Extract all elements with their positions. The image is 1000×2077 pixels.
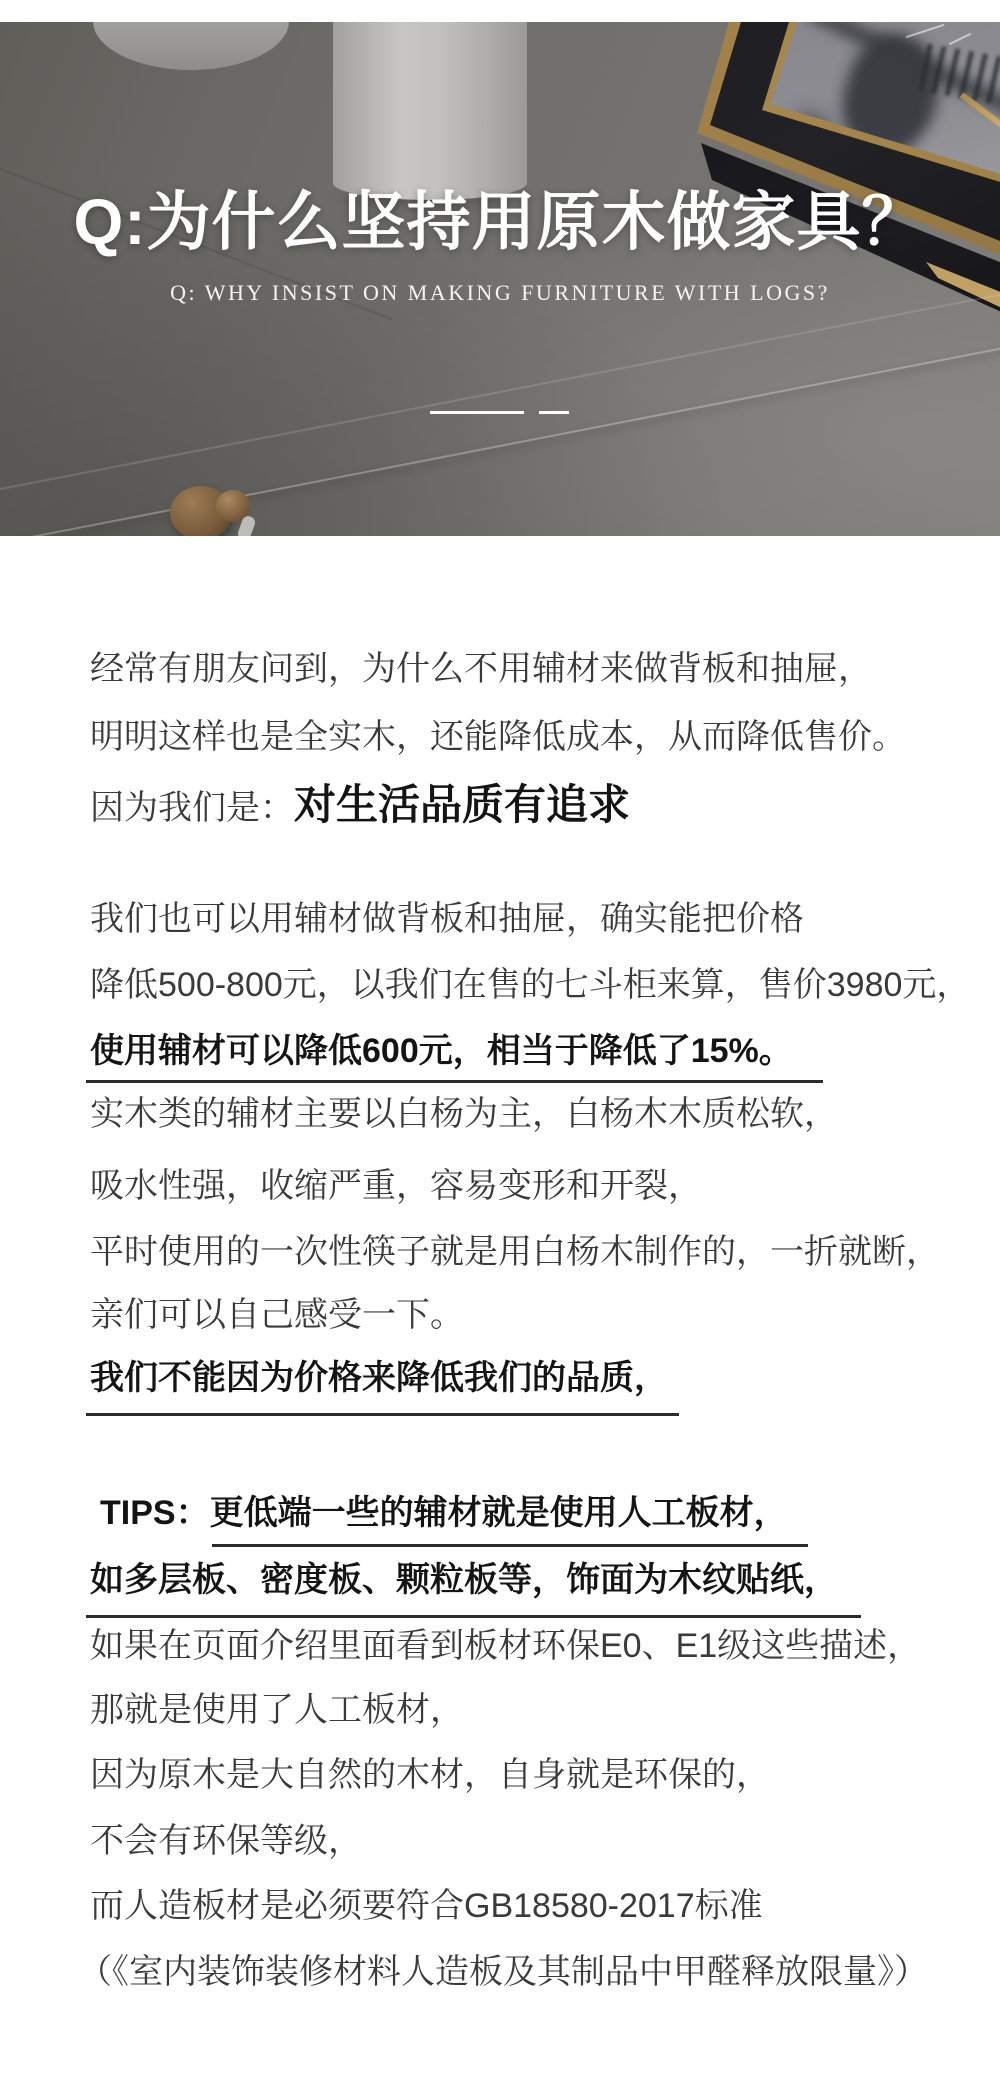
body-line: 不会有环保等级， bbox=[90, 1824, 362, 1858]
underline-tips-1 bbox=[212, 1544, 808, 1547]
reason-bold: 对生活品质有追求 bbox=[294, 781, 630, 828]
tips-label: TIPS： bbox=[100, 1494, 210, 1532]
body-line: 平时使用的一次性筷子就是用白杨木制作的，一折就断， bbox=[90, 1235, 940, 1269]
body-line: 如果在页面介绍里面看到板材环保E0、E1级这些描述， bbox=[90, 1629, 921, 1663]
reason-prefix: 因为我们是： bbox=[90, 789, 294, 827]
body-line: 经常有朋友问到，为什么不用辅材来做背板和抽屉， bbox=[90, 652, 872, 686]
highlight-line: 使用辅材可以降低600元，相当于降低了15%。 bbox=[90, 1034, 793, 1068]
tips-highlight-line: 如多层板、密度板、颗粒板等，饰面为木纹贴纸， bbox=[90, 1563, 838, 1597]
underline-highlight-2 bbox=[86, 1413, 679, 1416]
body-line: 降低500-800元，以我们在售的七斗柜来算，售价3980元， bbox=[90, 968, 970, 1002]
body-line: 吸水性强，收缩严重，容易变形和开裂， bbox=[90, 1169, 702, 1203]
article-section: 经常有朋友问到，为什么不用辅材来做背板和抽屉， 明明这样也是全实木，还能降低成本… bbox=[0, 0, 1000, 2077]
body-line: 明明这样也是全实木，还能降低成本，从而降低售价。 bbox=[90, 720, 906, 754]
body-line: 我们也可以用辅材做背板和抽屉，确实能把价格 bbox=[90, 902, 804, 936]
body-line: 而人造板材是必须要符合GB18580-2017标准 bbox=[90, 1889, 763, 1923]
highlight-line: 我们不能因为价格来降低我们的品质， bbox=[90, 1361, 668, 1395]
body-line: 亲们可以自己感受一下。 bbox=[90, 1298, 464, 1332]
body-line: 那就是使用了人工板材， bbox=[90, 1693, 464, 1727]
tips-highlight: 更低端一些的辅材就是使用人工板材， bbox=[210, 1494, 788, 1532]
body-line: 实木类的辅材主要以白杨为主，白杨木木质松软， bbox=[90, 1097, 838, 1131]
underline-tips-2 bbox=[86, 1615, 861, 1618]
underline-highlight-1 bbox=[86, 1080, 823, 1083]
body-line: 因为原木是大自然的木材，自身就是环保的， bbox=[90, 1758, 770, 1792]
tips-line: TIPS：更低端一些的辅材就是使用人工板材， bbox=[100, 1496, 788, 1530]
product-detail-page: Q:为什么坚持用原木做家具？ Q: WHY INSIST ON MAKING F… bbox=[0, 0, 1000, 2077]
reason-line: 因为我们是：对生活品质有追求 bbox=[90, 784, 630, 826]
body-line: （《室内装饰装修材料人造板及其制品中甲醛释放限量》） bbox=[78, 1955, 928, 1989]
